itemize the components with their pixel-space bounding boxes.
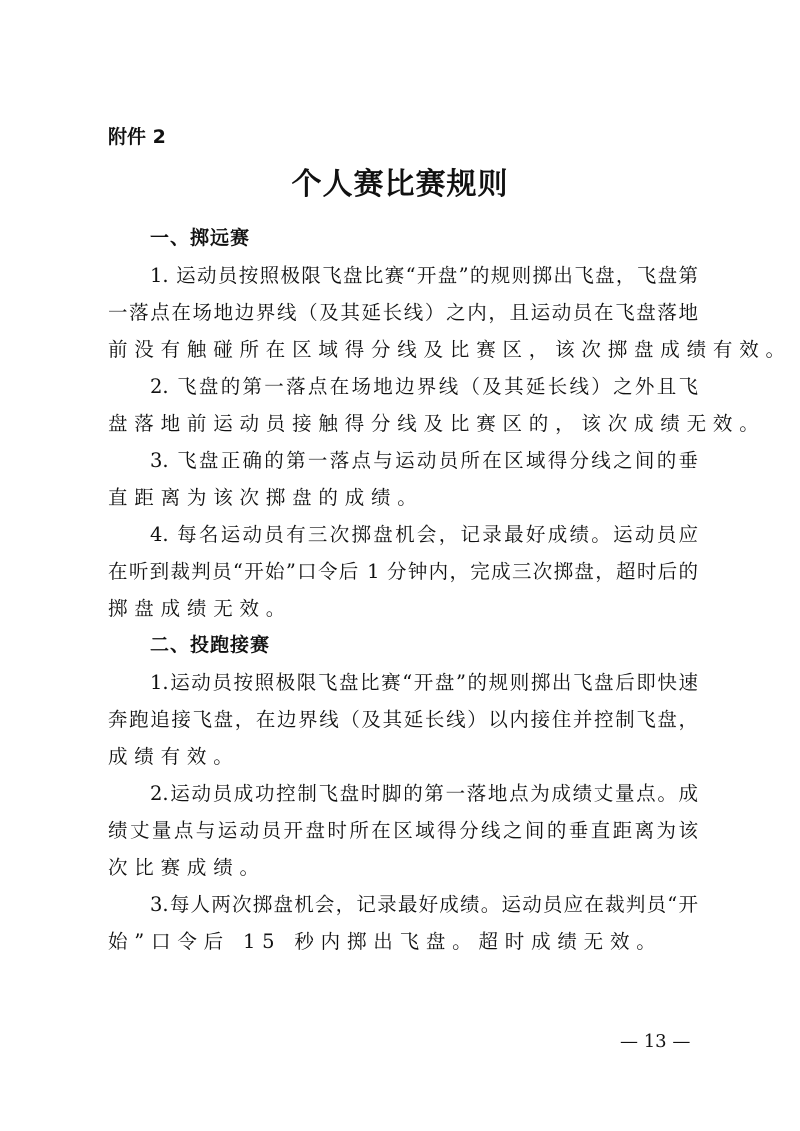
- paragraph-line: 1. 运动员按照极限飞盘比赛“开盘”的规则掷出飞盘，飞盘第: [108, 257, 698, 294]
- paragraph-line: 3.每人两次掷盘机会，记录最好成绩。运动员应在裁判员“开: [108, 886, 698, 923]
- rule-paragraph: 2. 飞盘的第一落点在场地边界线（及其延长线）之外且飞 盘落地前运动员接触得分线…: [108, 368, 708, 442]
- paragraph-line: 4. 每名运动员有三次掷盘机会，记录最好成绩。运动员应: [108, 516, 698, 553]
- paragraph-line: 1.运动员按照极限飞盘比赛“开盘”的规则掷出飞盘后即快速: [108, 664, 698, 701]
- paragraph-line: 2. 飞盘的第一落点在场地边界线（及其延长线）之外且飞: [108, 368, 698, 405]
- rule-paragraph: 3. 飞盘正确的第一落点与运动员所在区域得分线之间的垂 直距离为该次掷盘的成绩。: [108, 442, 708, 516]
- rule-paragraph: 1.运动员按照极限飞盘比赛“开盘”的规则掷出飞盘后即快速 奔跑追接飞盘，在边界线…: [108, 664, 708, 775]
- section-heading: 二、投跑接赛: [108, 627, 708, 664]
- section-throw-run-catch: 二、投跑接赛 1.运动员按照极限飞盘比赛“开盘”的规则掷出飞盘后即快速 奔跑追接…: [108, 627, 708, 960]
- paragraph-line: 2.运动员成功控制飞盘时脚的第一落地点为成绩丈量点。成: [108, 775, 698, 812]
- paragraph-line: 绩丈量点与运动员开盘时所在区域得分线之间的垂直距离为该: [108, 812, 698, 849]
- paragraph-line: 盘落地前运动员接触得分线及比赛区的，该次成绩无效。: [108, 405, 708, 442]
- page-title: 个人赛比赛规则: [0, 165, 800, 205]
- paragraph-line: 成绩有效。: [108, 738, 708, 775]
- paragraph-line: 奔跑追接飞盘，在边界线（及其延长线）以内接住并控制飞盘，: [108, 701, 698, 738]
- rule-paragraph: 1. 运动员按照极限飞盘比赛“开盘”的规则掷出飞盘，飞盘第 一落点在场地边界线（…: [108, 257, 708, 368]
- page-number: — 13 —: [620, 1030, 690, 1054]
- document-body: 一、掷远赛 1. 运动员按照极限飞盘比赛“开盘”的规则掷出飞盘，飞盘第 一落点在…: [108, 220, 708, 960]
- paragraph-line: 一落点在场地边界线（及其延长线）之内，且运动员在飞盘落地: [108, 294, 698, 331]
- rule-paragraph: 4. 每名运动员有三次掷盘机会，记录最好成绩。运动员应 在听到裁判员“开始”口令…: [108, 516, 708, 627]
- attachment-label: 附件 2: [108, 124, 166, 150]
- paragraph-line: 直距离为该次掷盘的成绩。: [108, 479, 708, 516]
- document-page: 附件 2 个人赛比赛规则 一、掷远赛 1. 运动员按照极限飞盘比赛“开盘”的规则…: [0, 0, 800, 1131]
- section-throw-distance: 一、掷远赛 1. 运动员按照极限飞盘比赛“开盘”的规则掷出飞盘，飞盘第 一落点在…: [108, 220, 708, 627]
- paragraph-line: 次比赛成绩。: [108, 849, 708, 886]
- paragraph-line: 在听到裁判员“开始”口令后 1 分钟内，完成三次掷盘，超时后的: [108, 553, 698, 590]
- rule-paragraph: 2.运动员成功控制飞盘时脚的第一落地点为成绩丈量点。成 绩丈量点与运动员开盘时所…: [108, 775, 708, 886]
- paragraph-line: 掷盘成绩无效。: [108, 590, 708, 627]
- paragraph-line: 3. 飞盘正确的第一落点与运动员所在区域得分线之间的垂: [108, 442, 698, 479]
- paragraph-line: 始”口令后 15 秒内掷出飞盘。超时成绩无效。: [108, 923, 708, 960]
- section-heading: 一、掷远赛: [108, 220, 708, 257]
- paragraph-line: 前没有触碰所在区域得分线及比赛区，该次掷盘成绩有效。: [108, 331, 708, 368]
- rule-paragraph: 3.每人两次掷盘机会，记录最好成绩。运动员应在裁判员“开 始”口令后 15 秒内…: [108, 886, 708, 960]
